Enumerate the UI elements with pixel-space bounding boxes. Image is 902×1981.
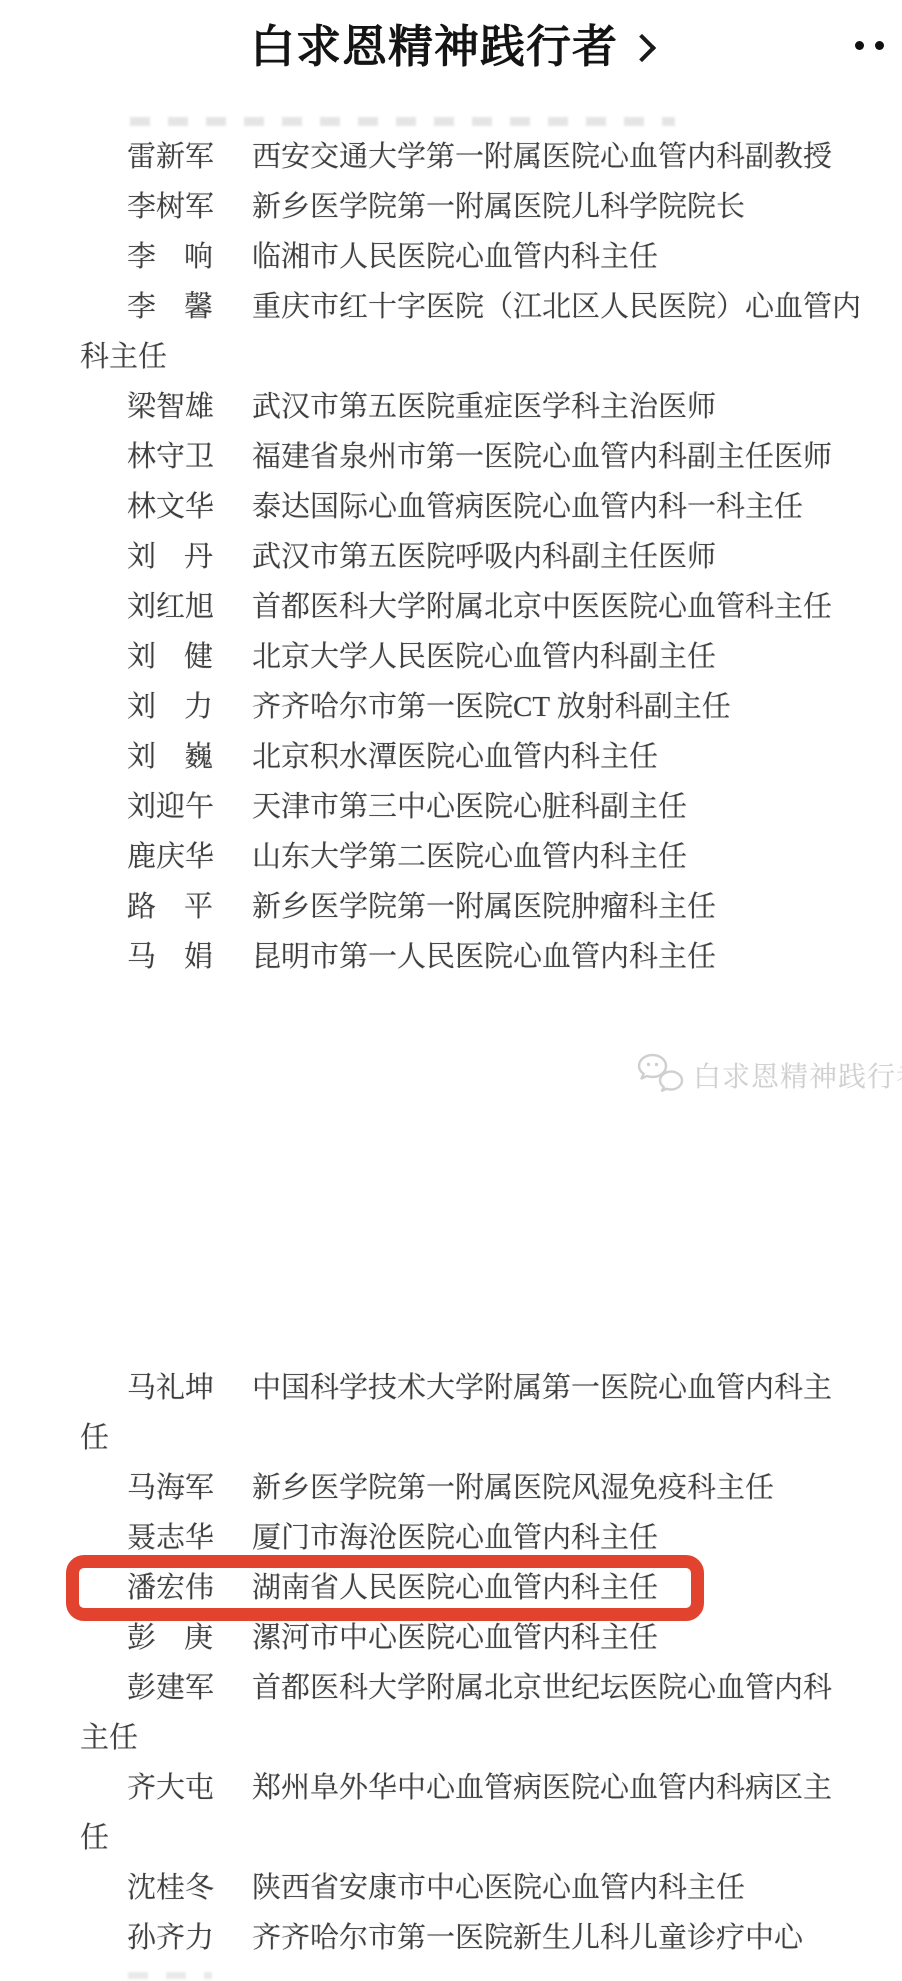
awardee-affiliation: 郑州阜外华中心血管病医院心血管内科病区主 (252, 1772, 832, 1804)
awardee-affiliation: 北京大学人民医院心血管内科副主任 (252, 641, 716, 673)
awardee-name: 潘宏伟 (127, 1563, 213, 1613)
awardee-affiliation: 厦门市海沧医院心血管内科主任 (252, 1522, 658, 1554)
awardee-affiliation: 首都医科大学附属北京中医医院心血管科主任 (252, 591, 832, 623)
list-row: 梁智雄武汉市第五医院重症医学科主治医师 (0, 382, 902, 432)
awardee-affiliation: 天津市第三中心医院心脏科副主任 (252, 791, 687, 823)
list-row: 李响临湘市人民医院心血管内科主任 (0, 232, 902, 282)
list-row: 李馨重庆市红十字医院（江北区人民医院）心血管内 (0, 282, 902, 332)
watermark: 白求恩精神践行者 (636, 1047, 902, 1103)
awardee-name: 雷新军 (127, 132, 213, 182)
awardee-name: 马娟 (127, 932, 213, 982)
awardee-name: 孙齐力 (127, 1913, 213, 1963)
awardee-affiliation: 齐齐哈尔市第一医院CT 放射科副主任 (252, 691, 731, 723)
chevron-right-icon (628, 34, 656, 62)
awardee-affiliation: 武汉市第五医院重症医学科主治医师 (252, 391, 716, 423)
awardee-name: 林文华 (127, 482, 213, 532)
awardee-affiliation: 重庆市红十字医院（江北区人民医院）心血管内 (252, 291, 861, 323)
clipped-text-row-bottom (128, 1972, 212, 1979)
awardee-name: 路平 (127, 882, 213, 932)
list-row: 聂志华厦门市海沧医院心血管内科主任 (0, 1513, 902, 1563)
awardee-name: 梁智雄 (127, 382, 213, 432)
awardee-name: 刘迎午 (127, 782, 213, 832)
awardee-affiliation: 新乡医学院第一附属医院风湿免疫科主任 (252, 1472, 774, 1504)
awardee-affiliation: 湖南省人民医院心血管内科主任 (252, 1572, 658, 1604)
awardee-affiliation: 新乡医学院第一附属医院儿科学院院长 (252, 191, 745, 223)
list-row: 齐大屯郑州阜外华中心血管病医院心血管内科病区主 (0, 1763, 902, 1813)
list-row-continuation: 科主任 (0, 332, 902, 382)
header: 白求恩精神践行者 (0, 0, 902, 95)
page-title: 白求恩精神践行者 (250, 16, 618, 78)
awardee-affiliation: 新乡医学院第一附属医院肿瘤科主任 (252, 891, 716, 923)
awardee-name: 刘红旭 (127, 582, 213, 632)
list-row: 马礼坤中国科学技术大学附属第一医院心血管内科主 (0, 1363, 902, 1413)
awardee-affiliation: 临湘市人民医院心血管内科主任 (252, 241, 658, 273)
awardee-name: 刘丹 (127, 532, 213, 582)
chat-bubbles-logo-icon (636, 1052, 686, 1098)
awardee-affiliation: 福建省泉州市第一医院心血管内科副主任医师 (252, 441, 832, 473)
list-row: 沈桂冬陕西省安康市中心医院心血管内科主任 (0, 1863, 902, 1913)
awardee-affiliation: 北京积水潭医院心血管内科主任 (252, 741, 658, 773)
clipped-text-row-top (130, 117, 675, 126)
list-row: 雷新军西安交通大学第一附属医院心血管内科副教授 (0, 132, 902, 182)
list-row: 鹿庆华山东大学第二医院心血管内科主任 (0, 832, 902, 882)
more-menu-icon[interactable] (855, 41, 884, 50)
awardee-name: 马礼坤 (127, 1363, 213, 1413)
awardee-name: 鹿庆华 (127, 832, 213, 882)
list-row-highlighted: 潘宏伟湖南省人民医院心血管内科主任 (0, 1563, 902, 1613)
awardee-name: 刘力 (127, 682, 213, 732)
awardee-name: 刘巍 (127, 732, 213, 782)
awardee-name: 刘健 (127, 632, 213, 682)
list-row: 刘巍北京积水潭医院心血管内科主任 (0, 732, 902, 782)
list-row: 刘丹武汉市第五医院呼吸内科副主任医师 (0, 532, 902, 582)
awardee-affiliation: 泰达国际心血管病医院心血管内科一科主任 (252, 491, 803, 523)
list-row: 路平新乡医学院第一附属医院肿瘤科主任 (0, 882, 902, 932)
awardee-affiliation: 武汉市第五医院呼吸内科副主任医师 (252, 541, 716, 573)
awardee-name: 马海军 (127, 1463, 213, 1513)
list-row-continuation: 主任 (0, 1713, 902, 1763)
awardee-affiliation: 陕西省安康市中心医院心血管内科主任 (252, 1872, 745, 1904)
awardee-name: 聂志华 (127, 1513, 213, 1563)
list-row: 刘红旭首都医科大学附属北京中医医院心血管科主任 (0, 582, 902, 632)
list-row: 刘力齐齐哈尔市第一医院CT 放射科副主任 (0, 682, 902, 732)
awardee-affiliation: 齐齐哈尔市第一医院新生儿科儿童诊疗中心 (252, 1922, 803, 1954)
list-row: 孙齐力齐齐哈尔市第一医院新生儿科儿童诊疗中心 (0, 1913, 902, 1963)
awardee-affiliation: 西安交通大学第一附属医院心血管内科副教授 (252, 141, 832, 173)
awardee-affiliation: 山东大学第二医院心血管内科主任 (252, 841, 687, 873)
list-row: 彭建军首都医科大学附属北京世纪坛医院心血管内科 (0, 1663, 902, 1713)
awardee-name: 彭庚 (127, 1613, 213, 1663)
list-row: 彭庚漯河市中心医院心血管内科主任 (0, 1613, 902, 1663)
article-page: 白求恩精神践行者 雷新军西安交通大学第一附属医院心血管内科副教授李树军新乡医学院… (0, 0, 902, 1981)
list-row-continuation: 任 (0, 1413, 902, 1463)
awardee-name: 齐大屯 (127, 1763, 213, 1813)
awardee-list-part2: 马礼坤中国科学技术大学附属第一医院心血管内科主任马海军新乡医学院第一附属医院风湿… (0, 1363, 902, 1963)
list-row: 马娟昆明市第一人民医院心血管内科主任 (0, 932, 902, 982)
awardee-name: 沈桂冬 (127, 1863, 213, 1913)
list-row: 林文华泰达国际心血管病医院心血管内科一科主任 (0, 482, 902, 532)
account-title-link[interactable]: 白求恩精神践行者 (0, 16, 902, 78)
awardee-affiliation: 中国科学技术大学附属第一医院心血管内科主 (252, 1372, 832, 1404)
list-row: 马海军新乡医学院第一附属医院风湿免疫科主任 (0, 1463, 902, 1513)
awardee-name: 彭建军 (127, 1663, 213, 1713)
awardee-name: 林守卫 (127, 432, 213, 482)
awardee-affiliation: 昆明市第一人民医院心血管内科主任 (252, 941, 716, 973)
list-row: 林守卫福建省泉州市第一医院心血管内科副主任医师 (0, 432, 902, 482)
awardee-affiliation: 首都医科大学附属北京世纪坛医院心血管内科 (252, 1672, 832, 1704)
list-row: 刘健北京大学人民医院心血管内科副主任 (0, 632, 902, 682)
awardee-name: 李响 (127, 232, 213, 282)
list-row-continuation: 任 (0, 1813, 902, 1863)
awardee-name: 李树军 (127, 182, 213, 232)
awardee-affiliation: 漯河市中心医院心血管内科主任 (252, 1622, 658, 1654)
watermark-text: 白求恩精神践行者 (693, 1055, 902, 1095)
awardee-name: 李馨 (127, 282, 213, 332)
list-row: 刘迎午天津市第三中心医院心脏科副主任 (0, 782, 902, 832)
list-row: 李树军新乡医学院第一附属医院儿科学院院长 (0, 182, 902, 232)
awardee-list-part1: 雷新军西安交通大学第一附属医院心血管内科副教授李树军新乡医学院第一附属医院儿科学… (0, 132, 902, 982)
